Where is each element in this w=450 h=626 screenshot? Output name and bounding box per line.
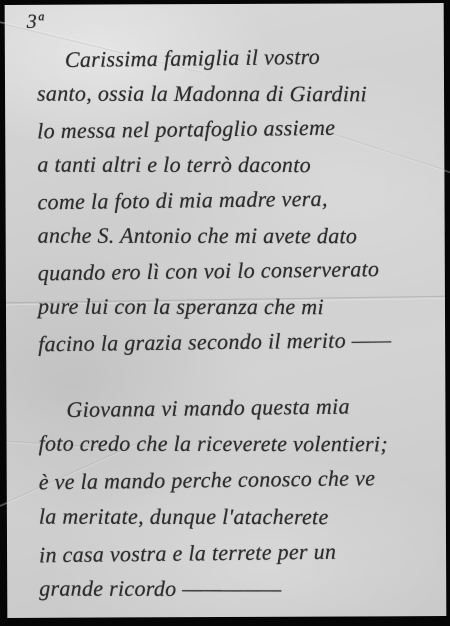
handwriting-line: la meritate, dunque l'atacherete [39,498,428,535]
handwriting-line: lo messa nel portafoglio assieme [37,109,426,149]
handwriting-line: in casa vostra e la terrete per un [39,532,428,573]
scanned-letter-page: 3ª Carissima famiglia il vostro santo, o… [0,0,450,626]
paragraph-1: Carissima famiglia il vostro santo, ossi… [37,39,427,360]
handwriting-line: anche S. Antonio che mi avete dato [38,217,427,253]
paragraph-2: Giovanna vi mando questa mia foto credo … [38,389,428,608]
handwriting-line: foto credo che la riceverete volentieri; [39,426,428,463]
handwriting-line: come la foto di mia madre vera, [37,180,426,220]
handwriting-line: santo, ossia la Madonna di Giardini [37,75,426,111]
letter-paper: 3ª Carissima famiglia il vostro santo, o… [5,3,447,618]
handwriting-line: è ve la mando perche conosco che ve [39,460,428,501]
handwriting-line: grande ricordo ————— [39,571,428,608]
page-number: 3ª [27,11,45,34]
handwriting-line: a tanti altri e lo terrò daconto [37,146,426,182]
handwriting-line: Carissima famiglia il vostro [37,38,426,78]
handwriting-line: Giovanna vi mando questa mia [38,388,427,429]
handwriting-line: quando ero lì con voi lo conserverato [38,251,427,291]
handwriting-line: pure lui con la speranza che mi [38,288,427,324]
handwriting-line: facino la grazia secondo il merito —— [38,322,427,362]
